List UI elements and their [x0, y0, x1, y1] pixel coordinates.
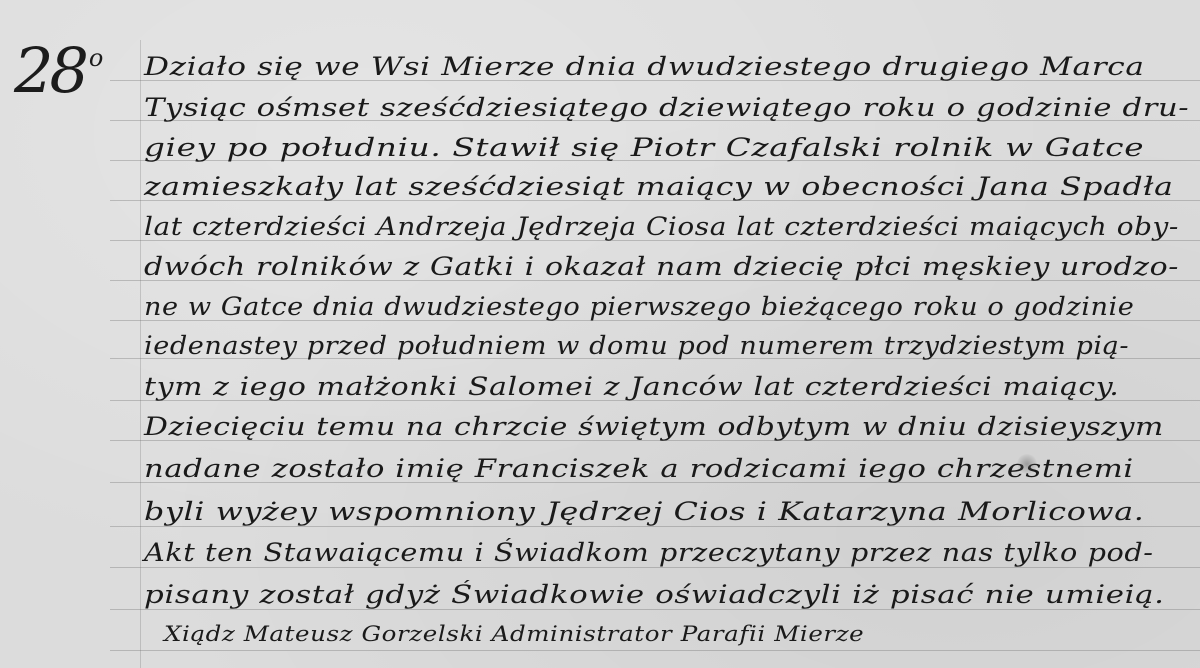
act-number-value: 28: [14, 34, 85, 107]
record-line-2: Tysiąc ośmset sześćdziesiątego dziewiąte…: [144, 93, 1189, 122]
act-number-suffix: o: [89, 44, 99, 72]
record-line-6: dwóch rolników z Gatki i okazał nam dzie…: [144, 252, 1179, 281]
ink-stain: [1017, 454, 1037, 474]
record-line-4: zamieszkały lat sześćdziesiąt maiący w o…: [144, 172, 1174, 201]
ruled-line: [110, 526, 1200, 527]
record-line-9: tym z iego małżonki Salomei z Janców lat…: [144, 372, 1119, 401]
record-line-1: Działo się we Wsi Mierze dnia dwudzieste…: [144, 52, 1145, 81]
record-line-signature: Xiądz Mateusz Gorzelski Administrator Pa…: [164, 622, 864, 646]
record-line-12: byli wyżey wspomniony Jędrzej Cios i Kat…: [144, 497, 1144, 526]
record-line-5: lat czterdzieści Andrzeja Jędrzeja Ciosa…: [144, 212, 1179, 241]
record-line-13: Akt ten Stawaiącemu i Świadkom przeczyta…: [144, 538, 1154, 567]
record-line-14: pisany został gdyż Świadkowie oświadczyl…: [144, 580, 1165, 609]
act-number: 28o: [14, 40, 99, 102]
document-page: 28o Działo się we Wsi Mierze dnia dwudzi…: [0, 0, 1200, 668]
record-line-7: ne w Gatce dnia dwudziestego pierwszego …: [144, 292, 1134, 321]
record-line-11: nadane zostało imię Franciszek a rodzica…: [144, 454, 1134, 483]
ruled-line: [110, 650, 1200, 651]
record-line-8: iedenastey przed południem w domu pod nu…: [144, 331, 1129, 360]
margin-line: [140, 40, 141, 668]
ruled-line: [110, 567, 1200, 568]
ruled-line: [110, 609, 1200, 610]
record-line-10: Dziecięciu temu na chrzcie świętym odbyt…: [144, 412, 1164, 441]
record-line-3: giey po południu. Stawił się Piotr Czafa…: [144, 133, 1144, 162]
